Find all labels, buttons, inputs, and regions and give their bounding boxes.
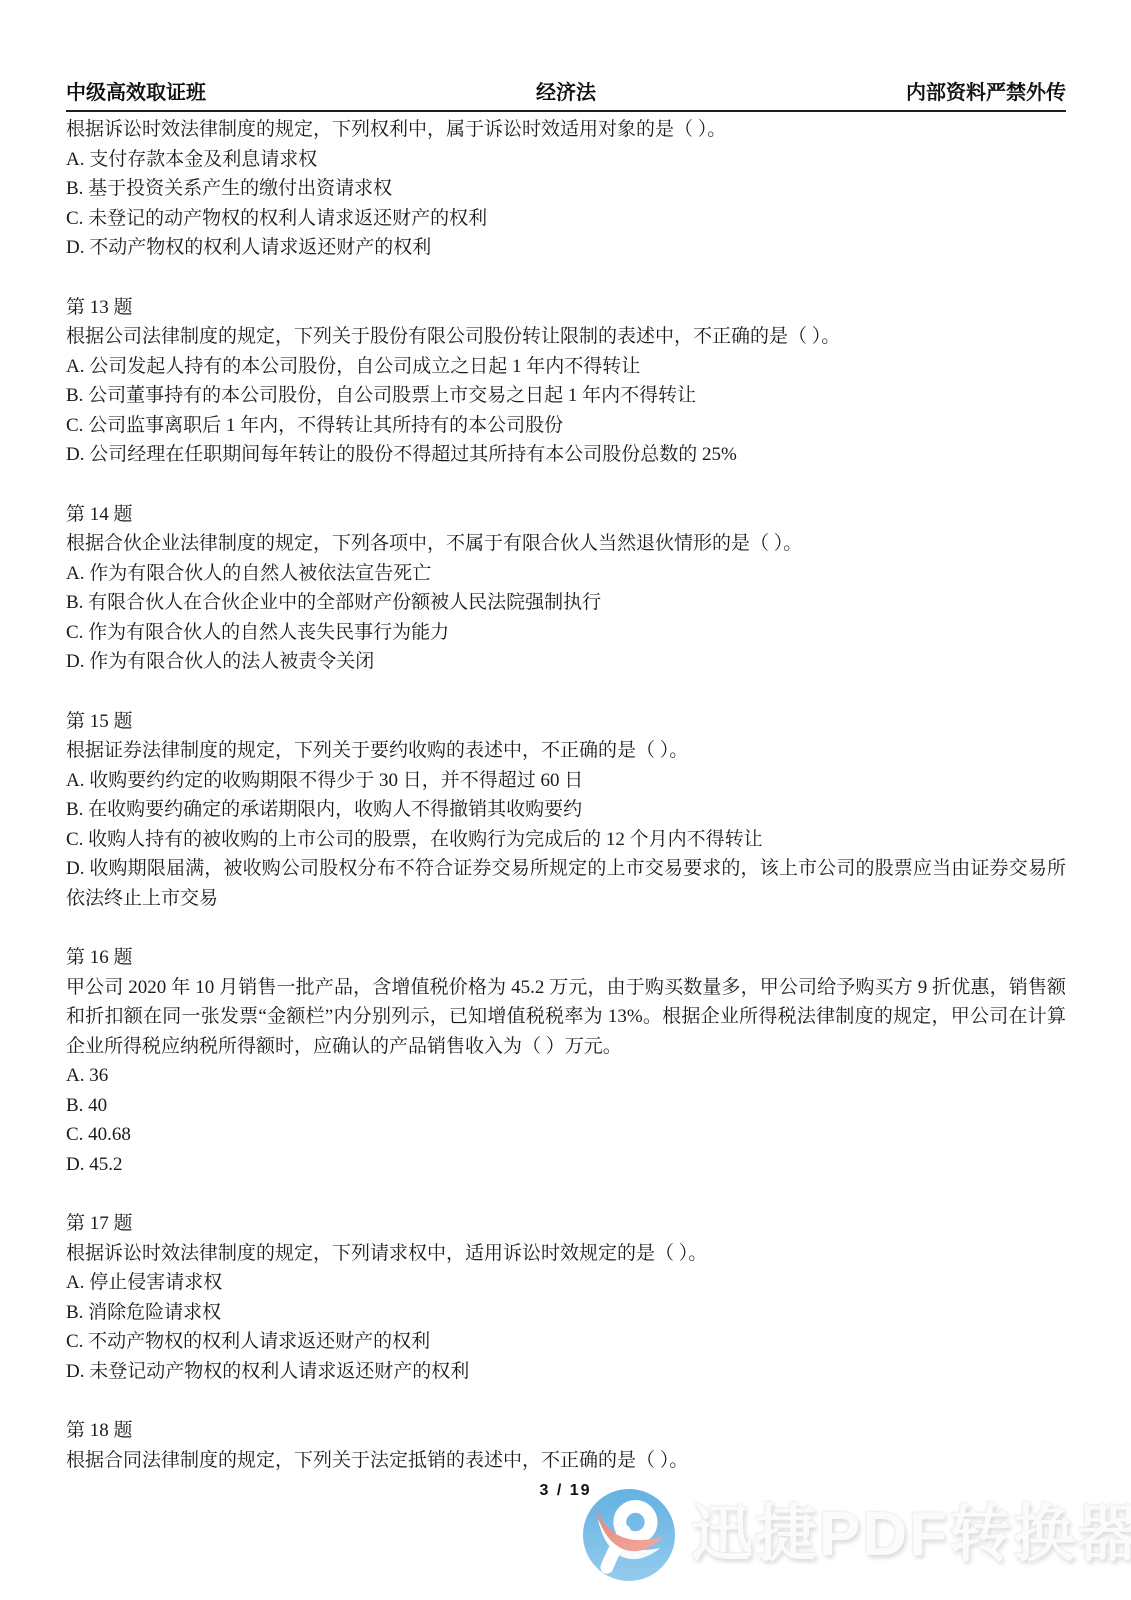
question-number: 第 18 题 [66, 1416, 1066, 1446]
question-block: 根据诉讼时效法律制度的规定，下列权利中，属于诉讼时效适用对象的是（ ）。A. 支… [66, 115, 1066, 263]
question-block: 第 18 题根据合同法律制度的规定，下列关于法定抵销的表述中，不正确的是（ ）。 [66, 1416, 1066, 1475]
question-option: D. 作为有限合伙人的法人被责令关闭 [66, 647, 1066, 677]
question-option: D. 45.2 [66, 1150, 1066, 1180]
question-option: B. 消除危险请求权 [66, 1298, 1066, 1328]
question-list: 根据诉讼时效法律制度的规定，下列权利中，属于诉讼时效适用对象的是（ ）。A. 支… [66, 112, 1066, 1475]
question-block: 第 13 题根据公司法律制度的规定，下列关于股份有限公司股份转让限制的表述中，不… [66, 293, 1066, 470]
question-block: 第 16 题甲公司 2020 年 10 月销售一批产品，含增值税价格为 45.2… [66, 943, 1066, 1179]
question-option: A. 36 [66, 1061, 1066, 1091]
question-option: B. 公司董事持有的本公司股份，自公司股票上市交易之日起 1 年内不得转让 [66, 381, 1066, 411]
question-stem: 根据诉讼时效法律制度的规定，下列请求权中，适用诉讼时效规定的是（ ）。 [66, 1239, 1066, 1269]
question-option: C. 不动产物权的权利人请求返还财产的权利 [66, 1327, 1066, 1357]
question-option: B. 在收购要约确定的承诺期限内，收购人不得撤销其收购要约 [66, 795, 1066, 825]
watermark-text: 迅捷PDF转换器 [691, 1503, 1131, 1567]
question-stem: 根据诉讼时效法律制度的规定，下列权利中，属于诉讼时效适用对象的是（ ）。 [66, 115, 1066, 145]
question-option: C. 公司监事离职后 1 年内，不得转让其所持有的本公司股份 [66, 411, 1066, 441]
question-option: A. 支付存款本金及利息请求权 [66, 145, 1066, 175]
question-number: 第 17 题 [66, 1209, 1066, 1239]
question-option: C. 未登记的动产物权的权利人请求返还财产的权利 [66, 204, 1066, 234]
question-block: 第 17 题根据诉讼时效法律制度的规定，下列请求权中，适用诉讼时效规定的是（ ）… [66, 1209, 1066, 1386]
question-option: B. 有限合伙人在合伙企业中的全部财产份额被人民法院强制执行 [66, 588, 1066, 618]
question-option: A. 作为有限合伙人的自然人被依法宣告死亡 [66, 559, 1066, 589]
question-number: 第 16 题 [66, 943, 1066, 973]
question-option: D. 未登记动产物权的权利人请求返还财产的权利 [66, 1357, 1066, 1387]
pdf-converter-logo-icon [583, 1489, 675, 1581]
question-option: D. 收购期限届满，被收购公司股权分布不符合证券交易所规定的上市交易要求的，该上… [66, 854, 1066, 913]
question-option: C. 作为有限合伙人的自然人丧失民事行为能力 [66, 618, 1066, 648]
question-option: C. 40.68 [66, 1120, 1066, 1150]
question-option: A. 公司发起人持有的本公司股份，自公司成立之日起 1 年内不得转让 [66, 352, 1066, 382]
question-option: B. 40 [66, 1091, 1066, 1121]
pdf-page: 中级高效取证班 经济法 内部资料严禁外传 根据诉讼时效法律制度的规定，下列权利中… [0, 0, 1131, 1600]
question-stem: 根据证券法律制度的规定，下列关于要约收购的表述中，不正确的是（ ）。 [66, 736, 1066, 766]
question-block: 第 14 题根据合伙企业法律制度的规定，下列各项中，不属于有限合伙人当然退伙情形… [66, 500, 1066, 677]
question-option: A. 收购要约约定的收购期限不得少于 30 日，并不得超过 60 日 [66, 766, 1066, 796]
question-option: B. 基于投资关系产生的缴付出资请求权 [66, 174, 1066, 204]
header-program-title: 中级高效取证班 [66, 80, 536, 106]
page-content: 中级高效取证班 经济法 内部资料严禁外传 根据诉讼时效法律制度的规定，下列权利中… [66, 80, 1066, 1475]
question-stem: 甲公司 2020 年 10 月销售一批产品，含增值税价格为 45.2 万元，由于… [66, 973, 1066, 1062]
question-stem: 根据合伙企业法律制度的规定，下列各项中，不属于有限合伙人当然退伙情形的是（ ）。 [66, 529, 1066, 559]
watermark: 迅捷PDF转换器 [583, 1489, 1131, 1581]
header-confidential-notice: 内部资料严禁外传 [596, 80, 1066, 106]
question-option: D. 公司经理在任职期间每年转让的股份不得超过其所持有本公司股份总数的 25% [66, 440, 1066, 470]
header-subject-title: 经济法 [536, 80, 596, 106]
question-number: 第 15 题 [66, 707, 1066, 737]
question-block: 第 15 题根据证券法律制度的规定，下列关于要约收购的表述中，不正确的是（ ）。… [66, 707, 1066, 914]
question-option: C. 收购人持有的被收购的上市公司的股票，在收购行为完成后的 12 个月内不得转… [66, 825, 1066, 855]
question-number: 第 13 题 [66, 293, 1066, 323]
doc-header: 中级高效取证班 经济法 内部资料严禁外传 [66, 80, 1066, 106]
question-stem: 根据合同法律制度的规定，下列关于法定抵销的表述中，不正确的是（ ）。 [66, 1446, 1066, 1476]
page-number: 3 / 19 [0, 1482, 1131, 1500]
question-number: 第 14 题 [66, 500, 1066, 530]
question-option: A. 停止侵害请求权 [66, 1268, 1066, 1298]
question-option: D. 不动产物权的权利人请求返还财产的权利 [66, 233, 1066, 263]
question-stem: 根据公司法律制度的规定，下列关于股份有限公司股份转让限制的表述中，不正确的是（ … [66, 322, 1066, 352]
